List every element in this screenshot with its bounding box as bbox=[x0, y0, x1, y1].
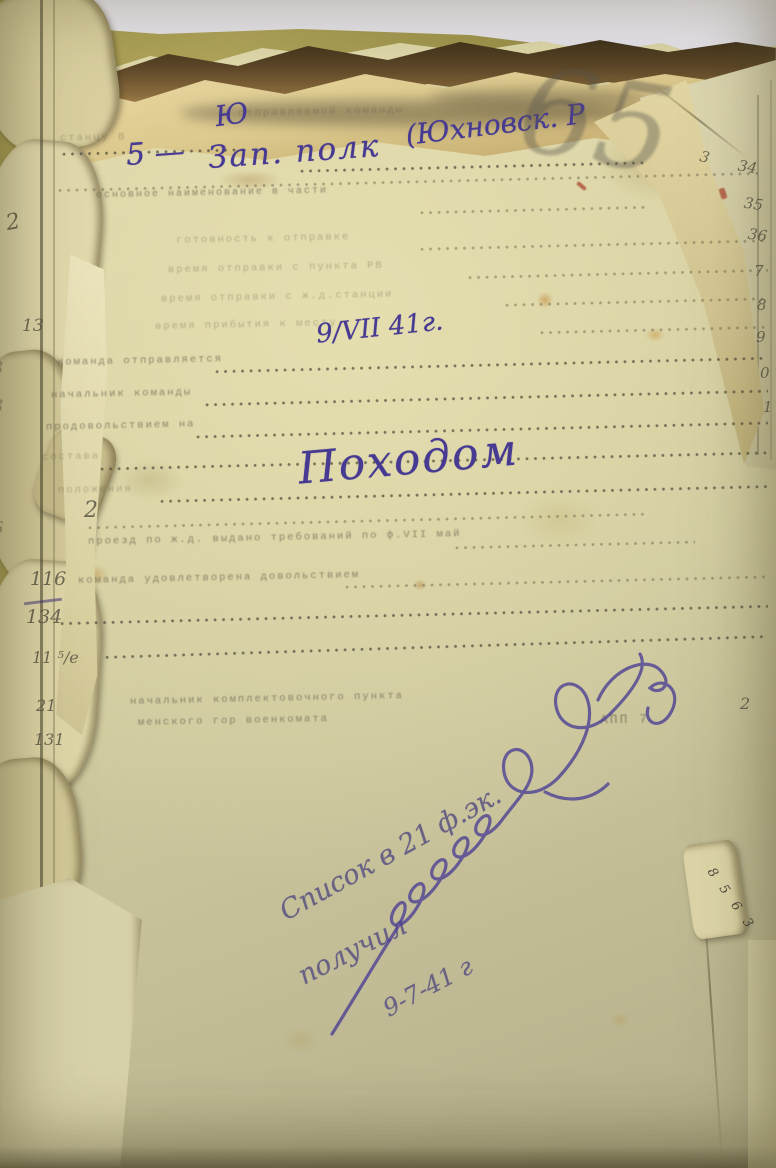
typed-line-sostava: состава bbox=[42, 450, 100, 463]
margin-number-right: 8 bbox=[757, 296, 767, 314]
right-edge-light bbox=[748, 940, 776, 1168]
margin-number-right: 9 bbox=[756, 328, 766, 346]
typed-addressee-fragment: станцу В bbox=[60, 131, 127, 144]
underlying-sheet-bottom bbox=[0, 878, 142, 1168]
typed-line-polozheniya: положения bbox=[58, 483, 133, 497]
typed-stamp-fragment: АПП 7 bbox=[600, 711, 649, 727]
pencil-scribble: 65 bbox=[509, 40, 684, 203]
margin-number-flourish: 2 bbox=[84, 498, 98, 523]
margin-number-right: 7 bbox=[754, 262, 764, 280]
margin-number-right: 34 bbox=[737, 156, 759, 177]
margin-number-right: 2 bbox=[740, 694, 750, 713]
edge-cut-number: 6 bbox=[0, 518, 3, 539]
margin-number-right: 36 bbox=[747, 225, 768, 245]
margin-number: 134 bbox=[26, 606, 62, 628]
margin-number: 116 bbox=[30, 568, 66, 590]
margin-number: 131 bbox=[34, 730, 65, 749]
edge-cut-number: 3 bbox=[0, 358, 3, 379]
bottom-edge-shadow bbox=[0, 1146, 776, 1168]
margin-number-right: 35 bbox=[743, 194, 764, 214]
margin-number-right: 1 bbox=[763, 398, 773, 416]
margin-number: 13 bbox=[22, 316, 44, 336]
handwritten-entry-no: 5 — bbox=[125, 134, 186, 173]
margin-number: 11 ⁵/е bbox=[32, 648, 79, 667]
edge-cut-number: 3 bbox=[0, 396, 3, 417]
photographed-document: отправляемой команды станцу В основное н… bbox=[0, 0, 776, 1168]
margin-number: 21 bbox=[36, 696, 56, 715]
handwritten-number-above: Ю bbox=[213, 96, 251, 133]
margin-number-right: 0 bbox=[760, 364, 770, 382]
